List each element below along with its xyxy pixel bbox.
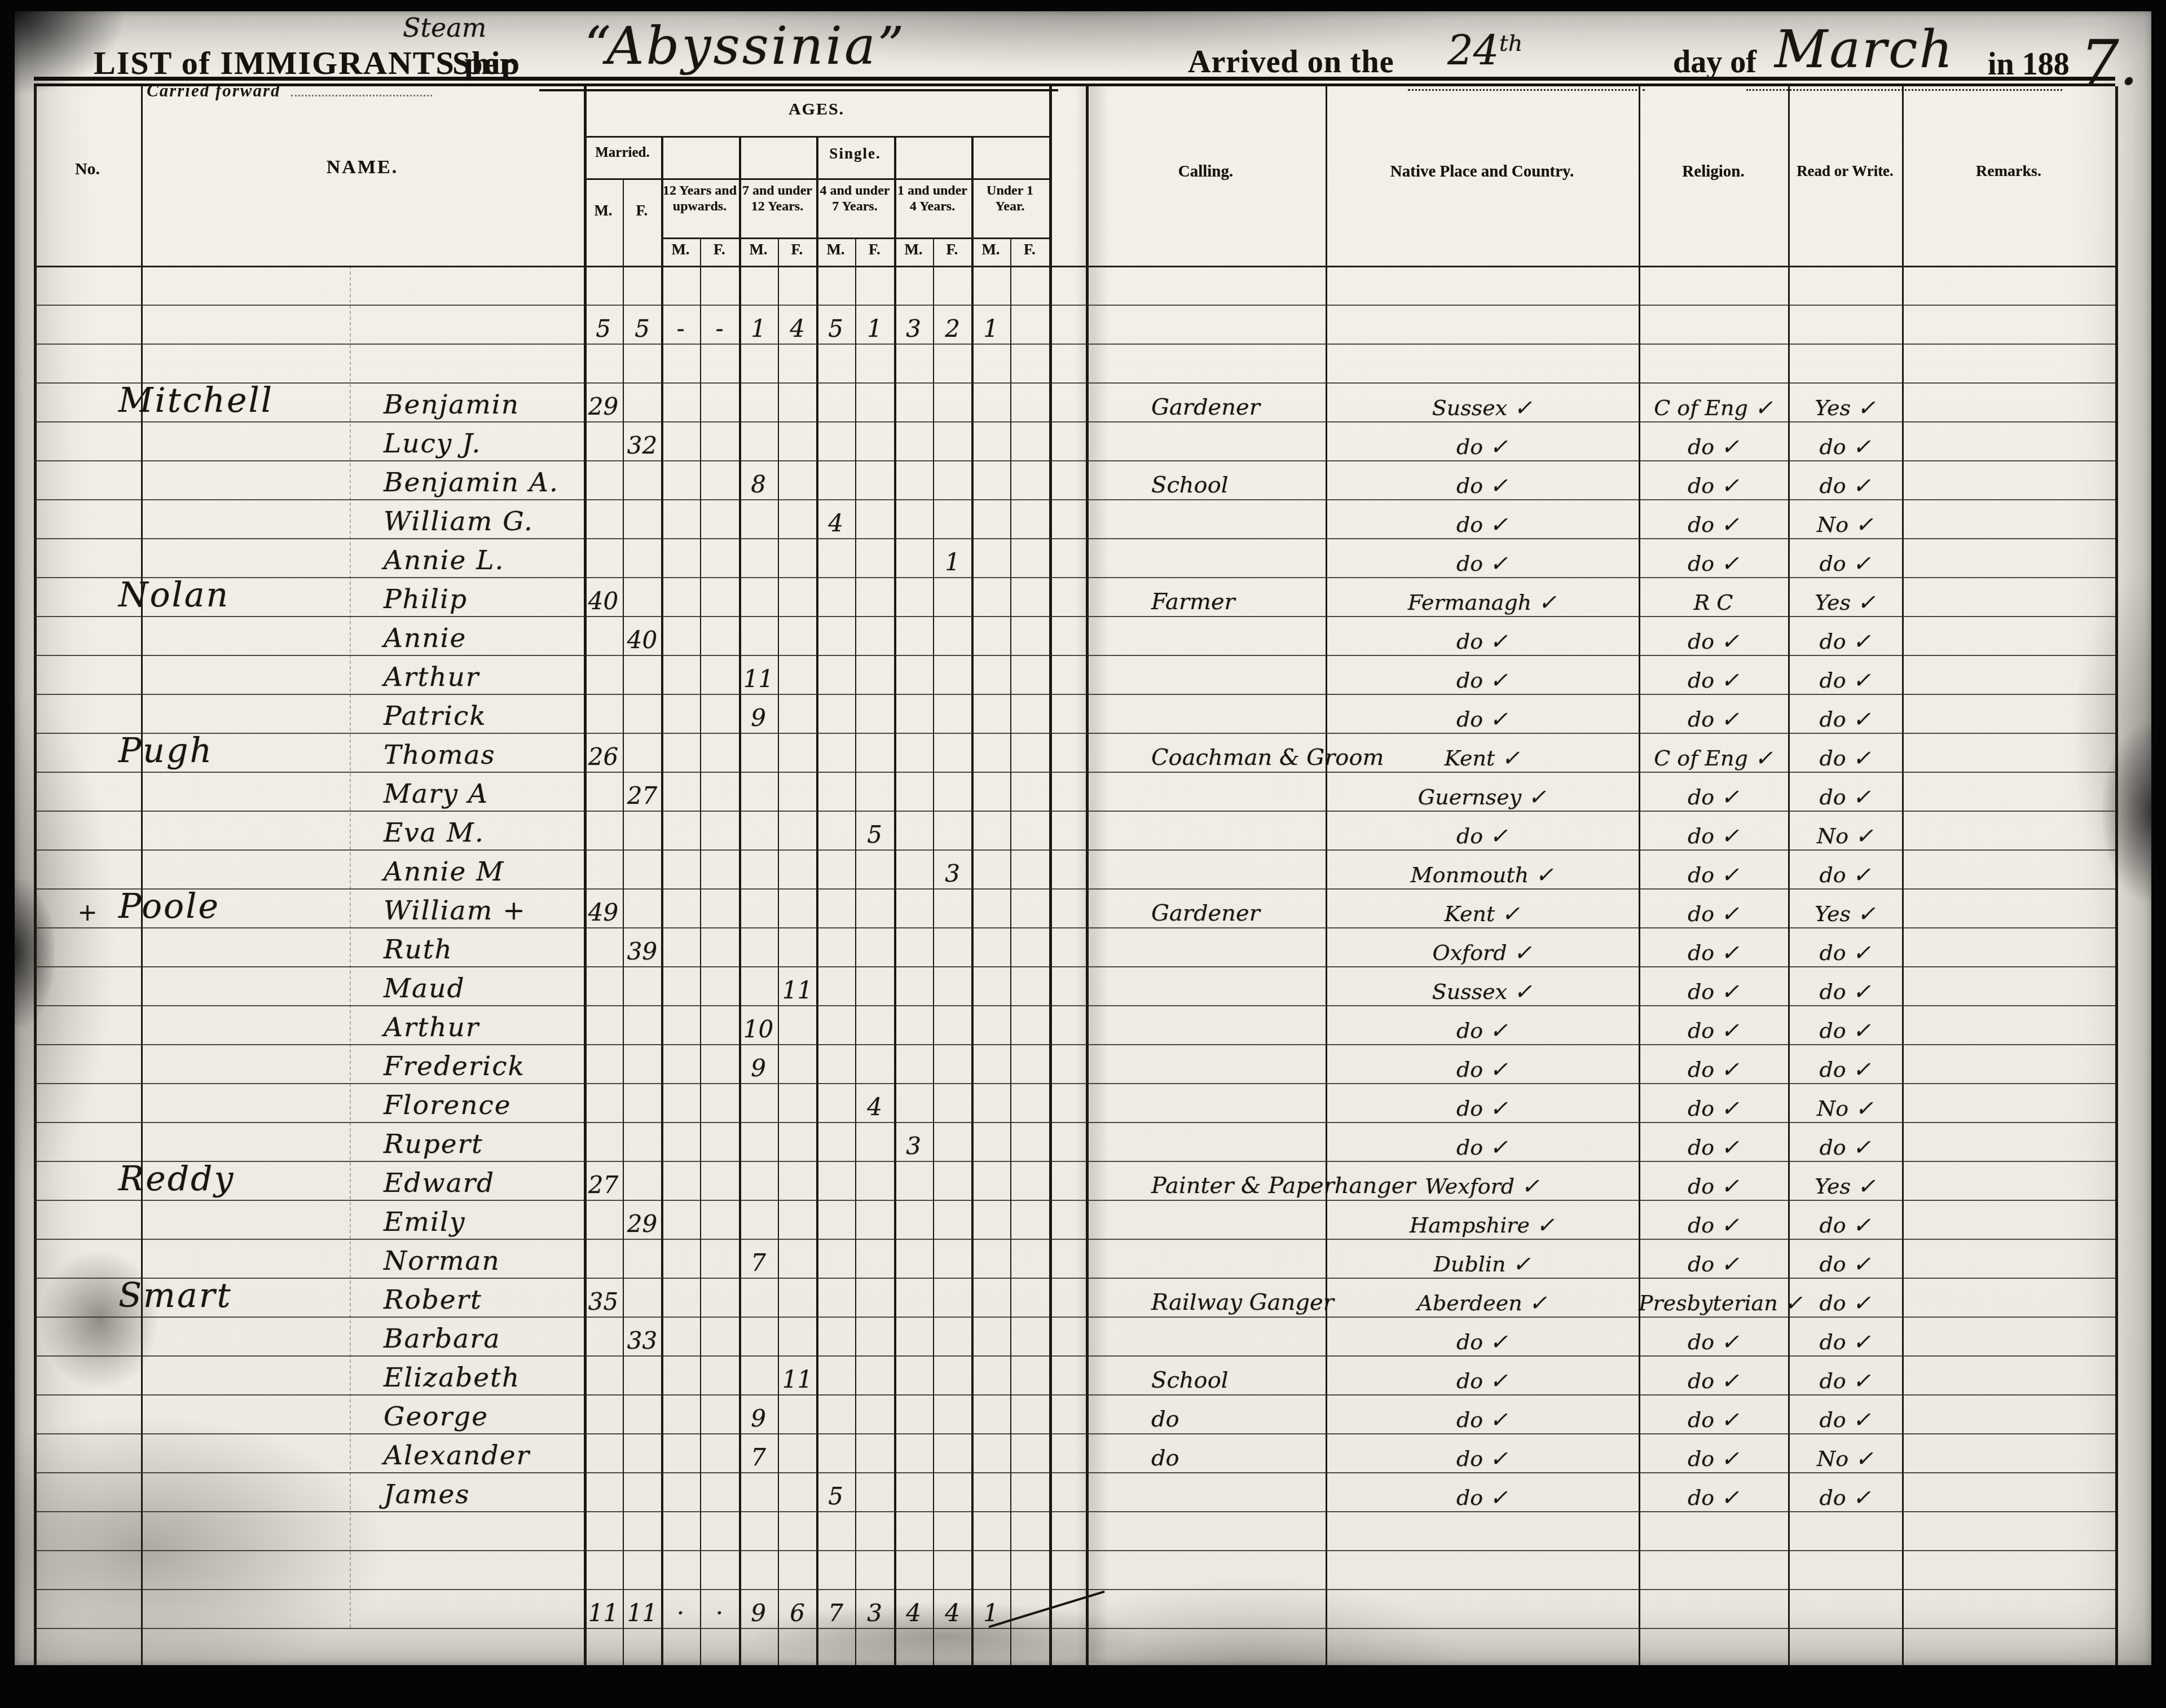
age-4to7-f-cell: 3 — [855, 1599, 894, 1627]
table-row: Emily 29 Hampshire ✓ do ✓ do ✓ — [34, 1200, 2115, 1240]
calling-cell: Gardener — [1120, 394, 1359, 420]
read-write-cell: No ✓ — [1788, 824, 1902, 848]
table-row: Annie M 3 Monmouth ✓ do ✓ do ✓ — [34, 849, 2115, 890]
religion-cell: do ✓ — [1639, 979, 1788, 1004]
read-write-cell: do ✓ — [1788, 473, 1902, 498]
age-married-f-cell: 11 — [623, 1599, 662, 1627]
religion-cell: do ✓ — [1639, 1057, 1788, 1082]
given-name-cell: Barbara — [384, 1323, 501, 1354]
religion-cell: do ✓ — [1639, 785, 1788, 809]
calling-cell: Coachman & Groom — [1120, 745, 1359, 771]
calling-cell: Gardener — [1120, 900, 1359, 926]
age-married-m-cell: 29 — [584, 393, 623, 420]
age-7to12-m-cell: 11 — [739, 665, 778, 693]
religion-cell: do ✓ — [1639, 707, 1788, 732]
given-name-cell: Arthur — [384, 662, 479, 693]
religion-cell: do ✓ — [1639, 512, 1788, 537]
read-write-cell: No ✓ — [1788, 1096, 1902, 1121]
age-7to12-m-cell: 9 — [739, 1054, 778, 1082]
native-place-cell: Kent ✓ — [1326, 901, 1639, 926]
given-name-cell: Benjamin — [384, 389, 520, 420]
age-7to12-m-cell: 7 — [739, 1249, 778, 1276]
dotted-leader — [291, 95, 432, 96]
age-married-f-cell: 40 — [623, 626, 662, 654]
religion-cell: do ✓ — [1639, 668, 1788, 693]
age-12up-m-cell: - — [661, 315, 700, 342]
read-write-cell: do ✓ — [1788, 707, 1902, 732]
native-place-cell: do ✓ — [1326, 1368, 1639, 1393]
given-name-cell: Lucy J. — [384, 428, 481, 459]
steam-annotation: Steam — [403, 12, 486, 43]
religion-cell: do ✓ — [1639, 940, 1788, 965]
grid-line — [2115, 86, 2118, 1666]
read-write-cell: do ✓ — [1788, 1485, 1902, 1510]
given-name-cell: Annie M — [384, 856, 504, 887]
table-row: Rupert 3 do ✓ do ✓ do ✓ — [34, 1122, 2115, 1162]
table-rows: 5 5 - - 1 4 5 1 3 2 1 — [34, 86, 2115, 1666]
religion-cell: do ✓ — [1639, 862, 1788, 887]
native-place-cell: do ✓ — [1326, 629, 1639, 654]
native-place-cell: do ✓ — [1326, 1446, 1639, 1471]
given-name-cell: Mary A — [384, 778, 488, 809]
calling-cell: School — [1120, 472, 1359, 498]
age-4to7-m-cell: 7 — [816, 1599, 855, 1627]
read-write-cell: do ✓ — [1788, 1291, 1902, 1315]
age-7to12-f-cell: 4 — [778, 315, 817, 342]
paper: LIST of IMMIGRANTS per Steam Ship “Abyss… — [15, 11, 2151, 1665]
age-married-m-cell: 5 — [584, 315, 623, 342]
given-name-cell: Benjamin A. — [384, 467, 559, 498]
age-7to12-m-cell: 10 — [739, 1015, 778, 1043]
calling-cell: Painter & Paperhanger — [1120, 1173, 1359, 1199]
native-place-cell: Aberdeen ✓ — [1326, 1291, 1639, 1315]
native-place-cell: Kent ✓ — [1326, 746, 1639, 771]
age-married-m-cell: 26 — [584, 743, 623, 771]
given-name-cell: Frederick — [384, 1051, 525, 1082]
table-row: Elizabeth 11 School do ✓ do ✓ do ✓ — [34, 1355, 2115, 1396]
native-place-cell: Wexford ✓ — [1326, 1174, 1639, 1199]
religion-cell: C of Eng ✓ — [1639, 746, 1788, 771]
native-place-cell: do ✓ — [1326, 1485, 1639, 1510]
read-write-cell: do ✓ — [1788, 862, 1902, 887]
given-name-cell: Robert — [384, 1284, 482, 1315]
religion-cell: do ✓ — [1639, 434, 1788, 459]
table-row: Nolan Philip 40 Farmer Fermanagh ✓ R C Y… — [34, 577, 2115, 617]
native-place-cell: do ✓ — [1326, 1330, 1639, 1354]
table-row: 5 5 - - 1 4 5 1 3 2 1 — [34, 305, 2115, 345]
table-row: Lucy J. 32 do ✓ do ✓ do ✓ — [34, 421, 2115, 461]
table-row: 11 11 · · 9 6 7 3 4 4 1 — [34, 1589, 2115, 1629]
table-row: Arthur 10 do ✓ do ✓ do ✓ — [34, 1005, 2115, 1045]
age-1to4-m-cell: 3 — [894, 315, 933, 342]
calling-cell: do — [1120, 1406, 1359, 1432]
age-7to12-m-cell: 7 — [739, 1443, 778, 1471]
religion-cell: R C — [1639, 590, 1788, 615]
age-7to12-m-cell: 8 — [739, 470, 778, 498]
given-name-cell: Ruth — [384, 934, 453, 965]
read-write-cell: do ✓ — [1788, 1252, 1902, 1276]
page-title: LIST of IMMIGRANTS per — [94, 44, 515, 82]
given-name-cell: Emily — [384, 1207, 466, 1238]
age-married-f-cell: 27 — [623, 782, 662, 809]
native-place-cell: do ✓ — [1326, 551, 1639, 576]
given-name-cell: Annie L. — [384, 545, 504, 576]
given-name-cell: William + — [384, 895, 526, 926]
table-row: Benjamin A. 8 School do ✓ do ✓ do ✓ — [34, 460, 2115, 500]
given-name-cell: Alexander — [384, 1440, 530, 1471]
table-row: Barbara 33 do ✓ do ✓ do ✓ — [34, 1317, 2115, 1357]
read-write-cell: do ✓ — [1788, 668, 1902, 693]
religion-cell: do ✓ — [1639, 629, 1788, 654]
religion-cell: do ✓ — [1639, 1330, 1788, 1354]
religion-cell: do ✓ — [1639, 1407, 1788, 1432]
table-row: Mitchell Benjamin 29 Gardener Sussex ✓ C… — [34, 382, 2115, 422]
age-7to12-m-cell: 1 — [739, 315, 778, 342]
surname-cell: Poole — [118, 887, 220, 926]
calling-cell: School — [1120, 1367, 1359, 1393]
arrived-label: Arrived on the — [1188, 44, 1394, 80]
native-place-cell: do ✓ — [1326, 668, 1639, 693]
table-row: George 9 do do ✓ do ✓ do ✓ — [34, 1394, 2115, 1434]
ship-name: “Abyssinia” — [584, 16, 906, 76]
age-under1-m-cell: 1 — [971, 315, 1010, 342]
age-1to4-m-cell: 4 — [894, 1599, 933, 1627]
given-name-cell: Annie — [384, 623, 466, 654]
read-write-cell: do ✓ — [1788, 1330, 1902, 1354]
age-married-f-cell: 5 — [623, 315, 662, 342]
age-1to4-f-cell: 1 — [933, 548, 972, 576]
native-place-cell: Sussex ✓ — [1326, 979, 1639, 1004]
age-married-m-cell: 35 — [584, 1288, 623, 1315]
native-place-cell: do ✓ — [1326, 1135, 1639, 1160]
religion-cell: do ✓ — [1639, 901, 1788, 926]
read-write-cell: do ✓ — [1788, 629, 1902, 654]
table-row: Alexander 7 do do ✓ do ✓ No ✓ — [34, 1433, 2115, 1473]
read-write-cell: do ✓ — [1788, 1407, 1902, 1432]
read-write-cell: Yes ✓ — [1788, 901, 1902, 926]
age-12up-f-cell: · — [700, 1599, 739, 1627]
surname-cell: Reddy — [118, 1159, 235, 1199]
age-1to4-f-cell: 4 — [933, 1599, 972, 1627]
read-write-cell: do ✓ — [1788, 940, 1902, 965]
surname-cell: Mitchell — [118, 381, 274, 420]
scanned-ledger-page: LIST of IMMIGRANTS per Steam Ship “Abyss… — [0, 0, 2166, 1708]
given-name-cell: Edward — [384, 1168, 495, 1199]
table-row: Pugh Thomas 26 Coachman & Groom Kent ✓ C… — [34, 733, 2115, 773]
age-married-m-cell: 11 — [584, 1599, 623, 1627]
read-write-cell: Yes ✓ — [1788, 590, 1902, 615]
read-write-cell: No ✓ — [1788, 512, 1902, 537]
religion-cell: do ✓ — [1639, 1135, 1788, 1160]
read-write-cell: do ✓ — [1788, 785, 1902, 809]
native-place-cell: do ✓ — [1326, 707, 1639, 732]
native-place-cell: do ✓ — [1326, 1407, 1639, 1432]
table-row: Patrick 9 do ✓ do ✓ do ✓ — [34, 694, 2115, 734]
age-7to12-m-cell: 9 — [739, 1405, 778, 1432]
read-write-cell: do ✓ — [1788, 1368, 1902, 1393]
table-row: Norman 7 Dublin ✓ do ✓ do ✓ — [34, 1239, 2115, 1279]
religion-cell: do ✓ — [1639, 473, 1788, 498]
given-name-cell: Elizabeth — [384, 1362, 520, 1393]
native-place-cell: do ✓ — [1326, 1018, 1639, 1043]
age-married-f-cell: 32 — [623, 432, 662, 459]
table-row — [34, 1511, 2115, 1551]
calling-cell: Railway Ganger — [1120, 1289, 1359, 1315]
read-write-cell: do ✓ — [1788, 434, 1902, 459]
table-row: Smart Robert 35 Railway Ganger Aberdeen … — [34, 1278, 2115, 1318]
native-place-cell: do ✓ — [1326, 512, 1639, 537]
given-name-cell: Norman — [384, 1245, 500, 1276]
age-12up-f-cell: - — [700, 315, 739, 342]
table-row — [34, 1550, 2115, 1590]
day-of-label: day of — [1673, 44, 1756, 80]
table-row: Frederick 9 do ✓ do ✓ do ✓ — [34, 1044, 2115, 1084]
read-write-cell: do ✓ — [1788, 1135, 1902, 1160]
age-married-f-cell: 33 — [623, 1327, 662, 1354]
age-7to12-f-cell: 6 — [778, 1599, 817, 1627]
table-row: Ruth 39 Oxford ✓ do ✓ do ✓ — [34, 927, 2115, 967]
read-write-cell: do ✓ — [1788, 979, 1902, 1004]
religion-cell: do ✓ — [1639, 1213, 1788, 1238]
table-row: Mary A 27 Guernsey ✓ do ✓ do ✓ — [34, 772, 2115, 812]
age-12up-m-cell: · — [661, 1599, 700, 1627]
read-write-cell: do ✓ — [1788, 1018, 1902, 1043]
ship-word: Ship — [452, 44, 521, 82]
header-rule — [34, 77, 2115, 81]
table-row: William G. 4 do ✓ do ✓ No ✓ — [34, 499, 2115, 539]
table-row: Reddy Edward 27 Painter & Paperhanger We… — [34, 1161, 2115, 1201]
table-row: Annie 40 do ✓ do ✓ do ✓ — [34, 616, 2115, 656]
native-place-cell: do ✓ — [1326, 1096, 1639, 1121]
table-row: Florence 4 do ✓ do ✓ No ✓ — [34, 1083, 2115, 1123]
read-write-cell: Yes ✓ — [1788, 1174, 1902, 1199]
given-name-cell: William G. — [384, 506, 534, 537]
native-place-cell: Sussex ✓ — [1326, 395, 1639, 420]
table-row: Arthur 11 do ✓ do ✓ do ✓ — [34, 655, 2115, 695]
table-row: + Poole William + 49 Gardener Kent ✓ do … — [34, 888, 2115, 928]
given-name-cell: George — [384, 1401, 488, 1432]
age-married-f-cell: 39 — [623, 937, 662, 965]
read-write-cell: No ✓ — [1788, 1446, 1902, 1471]
religion-cell: do ✓ — [1639, 1368, 1788, 1393]
age-1to4-f-cell: 2 — [933, 315, 972, 342]
given-name-cell: Eva M. — [384, 817, 485, 848]
age-4to7-m-cell: 5 — [816, 315, 855, 342]
religion-cell: do ✓ — [1639, 824, 1788, 848]
religion-cell: do ✓ — [1639, 1096, 1788, 1121]
surname-cell: Nolan — [118, 575, 230, 615]
religion-cell: do ✓ — [1639, 1485, 1788, 1510]
table-row — [34, 266, 2115, 306]
age-4to7-m-cell: 4 — [816, 509, 855, 537]
religion-cell: C of Eng ✓ — [1639, 395, 1788, 420]
surname-cell: Smart — [118, 1276, 232, 1315]
read-write-cell: Yes ✓ — [1788, 395, 1902, 420]
age-7to12-f-cell: 11 — [778, 976, 817, 1004]
given-name-cell: Florence — [384, 1090, 512, 1121]
religion-cell: do ✓ — [1639, 551, 1788, 576]
age-married-m-cell: 49 — [584, 899, 623, 926]
immigrant-table: No. NAME. AGES. Married. Single. Calling… — [34, 83, 2115, 1666]
religion-cell: do ✓ — [1639, 1174, 1788, 1199]
age-4to7-m-cell: 5 — [816, 1482, 855, 1510]
read-write-cell: do ✓ — [1788, 1213, 1902, 1238]
native-place-cell: Hampshire ✓ — [1326, 1213, 1639, 1238]
age-married-f-cell: 29 — [623, 1210, 662, 1238]
native-place-cell: do ✓ — [1326, 434, 1639, 459]
table-row: Annie L. 1 do ✓ do ✓ do ✓ — [34, 538, 2115, 578]
age-1to4-f-cell: 3 — [933, 860, 972, 887]
surname-cell: Pugh — [118, 731, 213, 771]
religion-cell: do ✓ — [1639, 1446, 1788, 1471]
table-row: Maud 11 Sussex ✓ do ✓ do ✓ — [34, 966, 2115, 1006]
age-4to7-f-cell: 1 — [855, 315, 894, 342]
given-name-cell: Arthur — [384, 1012, 479, 1043]
age-7to12-f-cell: 11 — [778, 1366, 817, 1393]
native-place-cell: Fermanagh ✓ — [1326, 590, 1639, 615]
given-name-cell: Thomas — [384, 739, 496, 771]
age-married-m-cell: 40 — [584, 587, 623, 615]
read-write-cell: do ✓ — [1788, 1057, 1902, 1082]
table-row: Eva M. 5 do ✓ do ✓ No ✓ — [34, 811, 2115, 851]
read-write-cell: do ✓ — [1788, 746, 1902, 771]
age-7to12-m-cell: 9 — [739, 704, 778, 732]
given-name-cell: Patrick — [384, 701, 487, 732]
read-write-cell: do ✓ — [1788, 551, 1902, 576]
calling-cell: do — [1120, 1445, 1359, 1471]
age-1to4-m-cell: 3 — [894, 1132, 933, 1160]
native-place-cell: do ✓ — [1326, 1057, 1639, 1082]
religion-cell: do ✓ — [1639, 1252, 1788, 1276]
age-4to7-f-cell: 5 — [855, 821, 894, 848]
native-place-cell: Guernsey ✓ — [1326, 785, 1639, 809]
given-name-cell: James — [384, 1479, 470, 1510]
religion-cell: Presbyterian ✓ — [1639, 1291, 1788, 1315]
native-place-cell: Monmouth ✓ — [1326, 862, 1639, 887]
native-place-cell: Oxford ✓ — [1326, 940, 1639, 965]
native-place-cell: do ✓ — [1326, 824, 1639, 848]
given-name-cell: Maud — [384, 973, 465, 1004]
native-place-cell: do ✓ — [1326, 473, 1639, 498]
age-married-m-cell: 27 — [584, 1171, 623, 1199]
carried-forward-label: Carried forward — [147, 81, 432, 101]
age-7to12-m-cell: 9 — [739, 1599, 778, 1627]
religion-cell: do ✓ — [1639, 1018, 1788, 1043]
arrival-month: March — [1775, 19, 1954, 80]
table-row: James 5 do ✓ do ✓ do ✓ — [34, 1472, 2115, 1512]
age-4to7-f-cell: 4 — [855, 1093, 894, 1121]
given-name-cell: Philip — [384, 584, 468, 615]
arrival-day: 24th — [1447, 27, 1522, 74]
native-place-cell: Dublin ✓ — [1326, 1252, 1639, 1276]
calling-cell: Farmer — [1120, 589, 1359, 615]
table-row — [34, 344, 2115, 384]
given-name-cell: Rupert — [384, 1129, 483, 1160]
